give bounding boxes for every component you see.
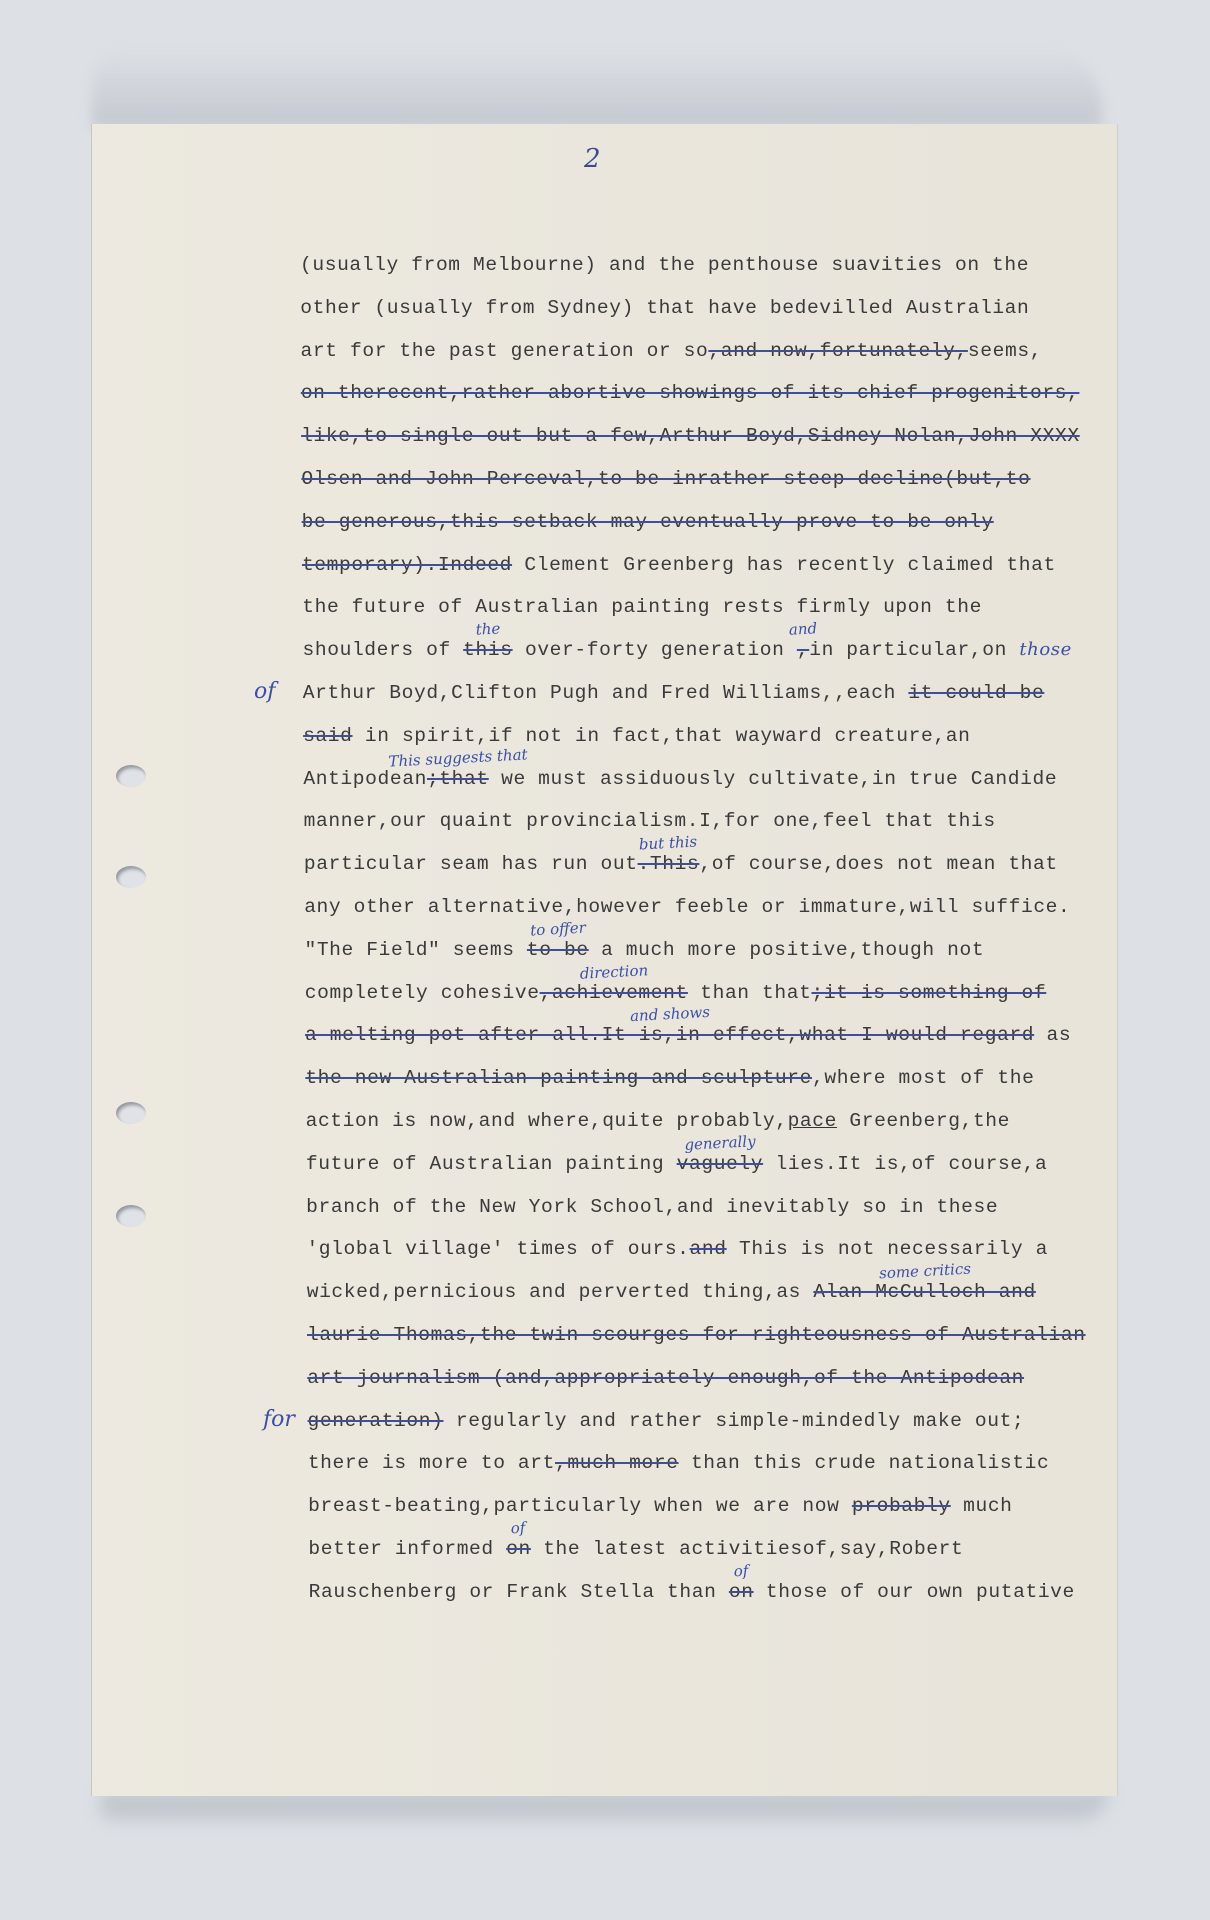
handwritten-insertion: those (1019, 639, 1072, 660)
typed-text: any other alternative,however feeble or … (304, 896, 1070, 918)
typed-text: the future of Australian painting rests … (302, 596, 982, 618)
typed-text: those of our own putative (754, 1581, 1075, 1603)
struck-text: like,to single out but a few,Arthur Boyd… (301, 425, 1080, 447)
text-line: temporary).Indeed Clement Greenberg has … (302, 553, 1056, 577)
struck-text: thisthe (463, 639, 512, 661)
typed-text: Clement Greenberg has recently claimed t… (512, 554, 1056, 576)
punch-hole (116, 765, 146, 787)
typed-text: branch of the New York School,and inevit… (306, 1196, 998, 1218)
text-line: future of Australian painting vaguelygen… (306, 1152, 1048, 1176)
typed-text: breast-beating,particularly when we are … (308, 1495, 852, 1517)
handwritten-insertion: some critics (878, 1257, 971, 1286)
typed-text: in particular,on (809, 639, 1019, 661)
text-line: any other alternative,however feeble or … (304, 895, 1070, 919)
punch-hole (116, 1102, 146, 1124)
typed-text: lies.It is,of course,a (763, 1153, 1047, 1175)
typed-text: much (951, 1495, 1013, 1517)
struck-text: it could be (908, 682, 1044, 704)
text-line: shoulders of thisthe over-forty generati… (303, 638, 1072, 662)
struck-text: .Thisbut this (638, 853, 700, 875)
struck-text: on therecent,rather abortive showings of… (301, 382, 1080, 404)
text-line: art for the past generation or so,and no… (301, 339, 1043, 363)
text-line: the new Australian painting and sculptur… (305, 1066, 1034, 1090)
struck-text: ,much more (555, 1452, 679, 1474)
handwritten-insertion: of (511, 1516, 527, 1541)
struck-text: onof (729, 1581, 754, 1603)
struck-text: and (690, 1238, 727, 1260)
struck-text: be generous,this setback may eventually … (302, 511, 994, 533)
typed-text: a much more positive,though not (589, 939, 984, 961)
typed-text: Rauschenberg or Frank Stella than (309, 1581, 729, 1603)
text-line: breast-beating,particularly when we are … (308, 1494, 1012, 1518)
struck-text: vaguelygenerally (677, 1153, 764, 1175)
text-line: other (usually from Sydney) that have be… (300, 296, 1029, 320)
typed-text: Arthur Boyd,Clifton Pugh and Fred Willia… (303, 682, 909, 704)
underlined-text: pace (788, 1110, 837, 1132)
typed-text: 'global village' times of ours. (306, 1238, 689, 1260)
typed-text: particular seam has run out (304, 853, 638, 875)
struck-text: Alan McCulloch andsome critics (813, 1281, 1035, 1303)
struck-text: said (303, 725, 352, 747)
struck-text: the new Australian painting and sculptur… (305, 1067, 812, 1089)
typed-text: This is not necessarily a (727, 1238, 1048, 1260)
struck-text: probably (852, 1495, 951, 1517)
text-line: the future of Australian painting rests … (302, 595, 982, 619)
struck-text: temporary).Indeed (302, 554, 512, 576)
text-line: be generous,this setback may eventually … (302, 510, 994, 534)
typed-text: other (usually from Sydney) that have be… (300, 297, 1029, 319)
typed-text: the latest activitiesof,say,Robert (531, 1538, 964, 1560)
typed-text: regularly and rather simple-mindedly mak… (444, 1410, 1025, 1432)
struck-text: ;it is something of (811, 982, 1046, 1004)
text-line: like,to single out but a few,Arthur Boyd… (301, 424, 1080, 448)
handwritten-insertion: but this (639, 830, 698, 857)
struck-text: onof (506, 1538, 531, 1560)
text-line: a melting-pot after all.It is,in effect,… (305, 1023, 1071, 1047)
page-number: 2 (584, 144, 601, 174)
text-line: manner,our quaint provincialism.I,for on… (304, 809, 996, 833)
typed-text: ,of course,does not mean that (699, 853, 1057, 875)
text-line: branch of the New York School,and inevit… (306, 1195, 998, 1219)
punch-hole (116, 866, 146, 888)
text-line: art journalism (and,appropriately enough… (307, 1366, 1024, 1390)
text-line: generation) regularly and rather simple-… (308, 1409, 1025, 1433)
typed-text: better informed (308, 1538, 506, 1560)
typed-text: seems, (968, 340, 1042, 362)
handwritten-insertion: and shows (629, 1000, 710, 1028)
text-line: there is more to art,much more than this… (308, 1451, 1050, 1475)
margin-note: for (263, 1407, 295, 1432)
text-line: Arthur Boyd,Clifton Pugh and Fred Willia… (303, 681, 1045, 705)
struck-text: generation) (308, 1410, 444, 1432)
handwritten-insertion: to offer (529, 915, 586, 942)
struck-text: ;thatThis suggests that (427, 768, 489, 790)
handwritten-insertion: the (475, 617, 501, 642)
text-line: on therecent,rather abortive showings of… (301, 381, 1080, 405)
typed-text: there is more to art (308, 1452, 555, 1474)
handwritten-insertion: generally (684, 1129, 756, 1157)
typed-text: (usually from Melbourne) and the penthou… (300, 254, 1029, 276)
typed-text: as (1034, 1024, 1071, 1046)
struck-text: Olsen and John Perceval,to be inrather s… (301, 468, 1030, 490)
text-line: particular seam has run out.Thisbut this… (304, 852, 1058, 876)
struck-text: to beto offer (527, 939, 589, 961)
struck-text: a melting-pot after all.It is,in effect,… (305, 1024, 1034, 1046)
text-line: Antipodean;thatThis suggests that we mus… (303, 767, 1057, 791)
typed-text: we must assiduously cultivate,in true Ca… (489, 768, 1057, 790)
text-line: Olsen and John Perceval,to be inrather s… (301, 467, 1030, 491)
typed-text: than this crude nationalistic (679, 1452, 1050, 1474)
text-line: action is now,and where,quite probably,p… (306, 1109, 1010, 1133)
text-line: wicked,pernicious and perverted thing,as… (307, 1280, 1036, 1304)
handwritten-insertion: of (733, 1558, 749, 1583)
text-line: Rauschenberg or Frank Stella than onof t… (309, 1580, 1075, 1604)
typed-text: in spirit,if not in fact,that wayward cr… (353, 725, 971, 747)
typed-text: ,where most of the (812, 1067, 1034, 1089)
typed-text: over-forty generation (513, 639, 797, 661)
handwritten-insertion: direction (579, 958, 649, 986)
typed-text: action is now,and where,quite probably, (306, 1110, 788, 1132)
text-line: better informed onof the latest activiti… (308, 1537, 963, 1561)
punch-hole (116, 1205, 146, 1227)
text-line: said in spirit,if not in fact,that waywa… (303, 724, 970, 748)
typed-text: future of Australian painting (306, 1153, 677, 1175)
struck-text: laurie Thomas,the twin scourges for righ… (307, 1324, 1086, 1346)
typewritten-page: 2 (usually from Melbourne) and the penth… (91, 124, 1118, 1796)
typed-text: manner,our quaint provincialism.I,for on… (304, 810, 996, 832)
text-line: (usually from Melbourne) and the penthou… (300, 253, 1029, 277)
typed-text: wicked,pernicious and perverted thing,as (307, 1281, 814, 1303)
struck-text: art journalism (and,appropriately enough… (307, 1367, 1024, 1389)
typed-text: art for the past generation or so (301, 340, 709, 362)
struck-text: ,achievementdirection (540, 982, 688, 1004)
typed-text: shoulders of (303, 639, 464, 661)
margin-note: of (254, 679, 275, 704)
struck-text: ,and (797, 639, 809, 661)
text-line: laurie Thomas,the twin scourges for righ… (307, 1323, 1086, 1347)
page-shadow-top (92, 48, 1102, 128)
typed-text: "The Field" seems (304, 939, 526, 961)
typed-text: Greenberg,the (837, 1110, 1010, 1132)
struck-text: ,and now,fortunately, (708, 340, 968, 362)
typed-text: completely cohesive (305, 982, 540, 1004)
